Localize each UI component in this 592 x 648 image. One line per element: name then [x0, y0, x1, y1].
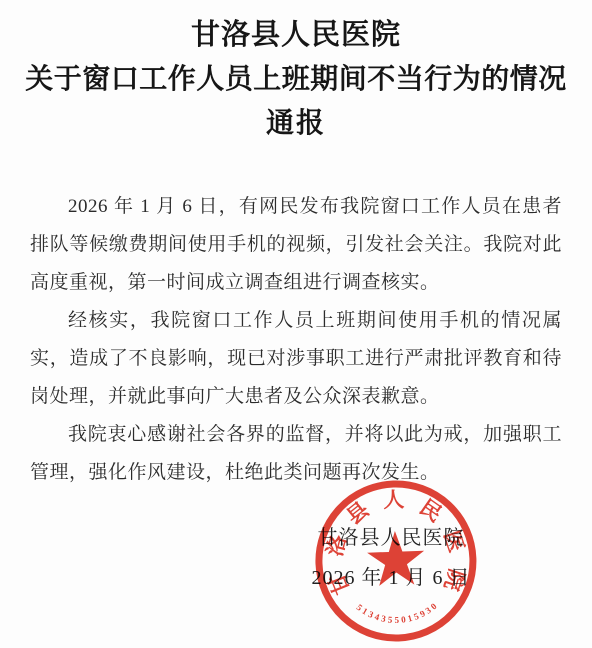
- seal-ring-char: 洛: [322, 532, 351, 558]
- seal-serial-number: 5134355015930: [354, 599, 441, 626]
- title-org-name: 甘洛县人民医院: [0, 12, 592, 58]
- seal-ring-char: 人: [383, 487, 405, 512]
- document-title: 甘洛县人民医院 关于窗口工作人员上班期间不当行为的情况 通报: [0, 0, 592, 146]
- body-paragraph: 2026 年 1 月 6 日，有网民发布我院窗口工作人员在患者排队等候缴费期间使…: [30, 188, 562, 302]
- body-paragraph: 我院衷心感谢社会各界的监督，并将以此为戒，加强职工管理，强化作风建设，杜绝此类问…: [30, 416, 562, 492]
- official-seal: 甘 洛 县 人 民 医 院 5134355015930: [308, 475, 484, 648]
- notice-document: 甘洛县人民医院 关于窗口工作人员上班期间不当行为的情况 通报 2026 年 1 …: [0, 0, 592, 648]
- star-icon: [366, 530, 425, 586]
- seal-ring-char: 院: [439, 566, 468, 593]
- title-subject-line: 关于窗口工作人员上班期间不当行为的情况: [0, 58, 592, 102]
- seal-ring-char: 医: [439, 528, 468, 556]
- body-paragraph: 经核实，我院窗口工作人员上班期间使用手机的情况属实，造成了不良影响，现已对涉事职…: [30, 302, 562, 416]
- document-body: 2026 年 1 月 6 日，有网民发布我院窗口工作人员在患者排队等候缴费期间使…: [0, 188, 592, 492]
- title-notice-word: 通报: [0, 102, 592, 146]
